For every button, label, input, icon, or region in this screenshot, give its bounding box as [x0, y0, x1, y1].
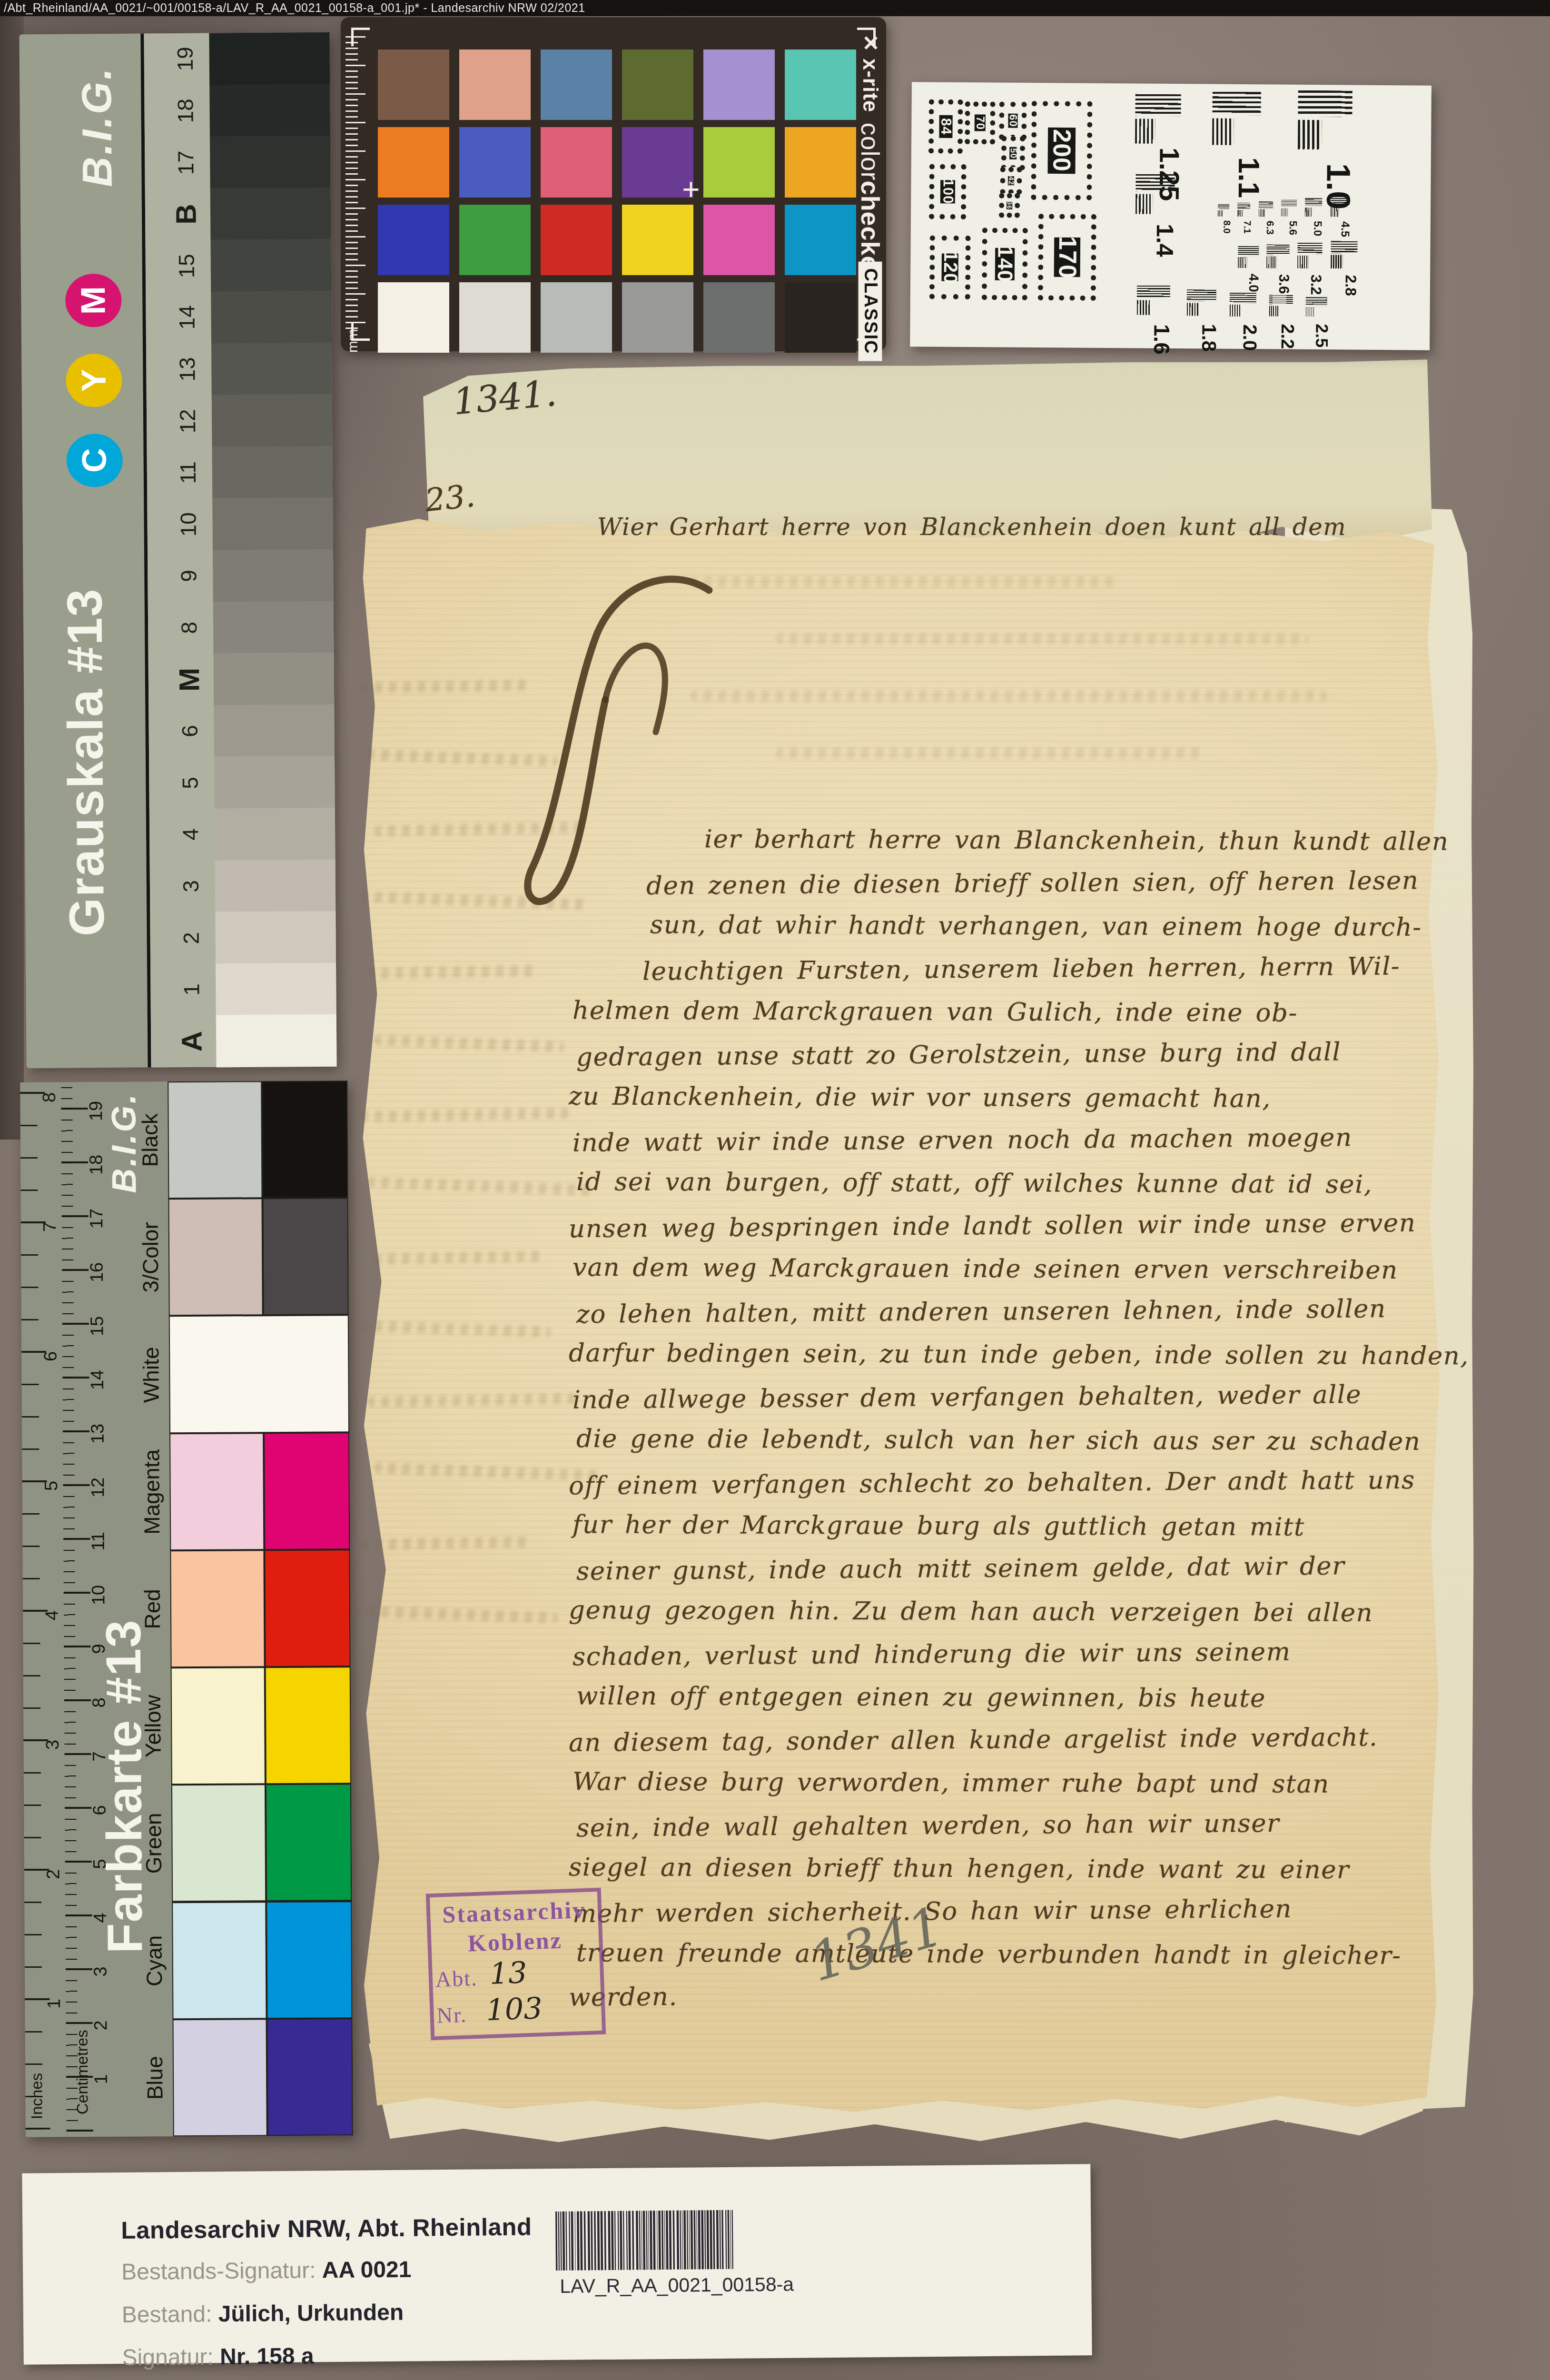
resolution-dot-target-140: 140: [982, 228, 1028, 300]
label-field-name: Bestand:: [122, 2301, 218, 2328]
barcode-bar: [661, 2211, 663, 2270]
barcode-bar: [601, 2211, 603, 2270]
resolution-dot-chip: 100: [940, 180, 955, 203]
resolution-bars-horizontal: [1137, 286, 1170, 299]
resolution-bar-label: 1.4: [1151, 224, 1178, 257]
resolution-bar-target-1.1: 1.1: [1212, 92, 1261, 146]
resolution-bars-vertical: [1259, 209, 1265, 217]
manuscript-corner-date: 1341.: [452, 372, 559, 423]
resolution-dot-target-50: 50: [1001, 136, 1026, 170]
resolution-dot-target-42: 42: [1000, 167, 1022, 194]
barcode-bar: [696, 2210, 697, 2269]
resolution-bar-target-2.8: 2.8: [1331, 241, 1357, 268]
colorchecker-patch: [459, 282, 531, 353]
resolution-bars-vertical: [1297, 256, 1308, 268]
colorchecker-patch: [785, 50, 856, 120]
barcode-bar: [677, 2211, 680, 2270]
resolution-dot-label: 50: [1008, 148, 1018, 159]
color-card-patch-full: [265, 1433, 349, 1549]
color-card-patch-full: [268, 2019, 352, 2135]
color-card-row-label: White: [138, 1347, 164, 1403]
barcode: [555, 2210, 757, 2271]
label-archive-title: Landesarchiv NRW, Abt. Rheinland: [121, 2212, 532, 2244]
resolution-bar-label: 1.1: [1231, 157, 1265, 198]
color-card-cm-number: 14: [88, 1370, 108, 1390]
resolution-dot-label: 70: [973, 116, 987, 130]
resolution-bars-horizontal: [1259, 201, 1273, 208]
barcode-bar: [611, 2211, 614, 2270]
resolution-bar-label: 2.5: [1312, 324, 1332, 347]
resolution-dot-label: 170: [1053, 236, 1082, 278]
resolution-bars-horizontal: [1269, 295, 1293, 304]
resolution-bar-label: 3.2: [1307, 275, 1324, 295]
resolution-bars-vertical: [1298, 120, 1322, 149]
resolution-bars-horizontal: [1331, 241, 1357, 253]
barcode-bar: [569, 2211, 570, 2271]
manuscript-text-line: ier berhart herre van Blanckenhein, thun…: [704, 824, 1449, 856]
color-card-patch-light: [170, 1434, 263, 1549]
color-card-row-magenta: [169, 1432, 350, 1550]
resolution-dot-target-200: 200: [1031, 101, 1092, 200]
resolution-dot-target-60: 60: [999, 101, 1027, 139]
resolution-bars-horizontal: [1305, 198, 1322, 206]
stamp-nr-label: Nr.: [436, 2002, 467, 2028]
resolution-dot-target-84: 84: [928, 99, 963, 153]
manuscript-text-line: genug gezogen hin. Zu dem han auch verze…: [569, 1596, 1373, 1627]
barcode-bar: [594, 2211, 596, 2270]
colorchecker-center-cross-icon: +: [682, 172, 700, 207]
grayscale-step-label: 2: [178, 932, 204, 944]
grayscale-step-label: 12: [175, 409, 200, 434]
grayscale-step-label: M: [173, 667, 206, 691]
grayscale-step-label: 18: [172, 99, 198, 123]
barcode-bar: [563, 2211, 565, 2271]
colorchecker-patch: [622, 282, 693, 353]
resolution-dot-chip: 120: [941, 254, 958, 281]
resolution-bars-horizontal: [1237, 203, 1250, 209]
resolution-bars-vertical: [1135, 119, 1155, 143]
resolution-bars-vertical: [1331, 255, 1343, 268]
barcode-bar: [664, 2211, 665, 2270]
color-card-row-3color: [168, 1198, 348, 1316]
grayscale-step-label: 14: [174, 305, 199, 330]
grayscale-step-label: 3: [178, 880, 204, 892]
color-card-row-green: [171, 1784, 352, 1902]
manuscript-text-line: leuchtigen Fursten, unserem lieben herre…: [642, 952, 1401, 986]
title-bar: /Abt_Rheinland/AA_0021/~001/00158-a/LAV_…: [0, 0, 1550, 16]
resolution-bar-target-5.6: 5.6: [1281, 200, 1297, 217]
color-card-row-label: Blue: [142, 2056, 168, 2100]
label-field-value: Nr. 158 a: [220, 2343, 314, 2370]
bleedthrough-stroke: [776, 633, 1309, 645]
barcode-bar: [648, 2211, 649, 2270]
color-card-inch-number: 6: [41, 1351, 61, 1361]
resolution-bars-vertical: [1230, 305, 1242, 317]
barcode-bar: [666, 2211, 669, 2270]
manuscript-text-line: gedragen unse statt zo Gerolstzein, unse…: [576, 1037, 1341, 1071]
grayscale-step-label: 5: [177, 777, 203, 789]
manuscript-text-line: unsen weg bespringen inde landt sollen w…: [569, 1209, 1416, 1243]
archive-stamp: Staatsarchiv Koblenz Abt. 13 Nr. 103: [426, 1888, 606, 2041]
colorchecker-patch: [378, 205, 449, 275]
barcode-bar: [721, 2210, 723, 2269]
barcode-bar: [682, 2211, 683, 2270]
resolution-bar-target-8.0: 8.0: [1218, 204, 1229, 217]
resolution-bar-label: 7.1: [1241, 220, 1252, 234]
color-card-patch-white-full: [170, 1316, 348, 1432]
barcode-bar: [641, 2211, 642, 2270]
colorchecker-patch: [541, 127, 612, 198]
resolution-bar-label: 4.0: [1246, 273, 1261, 292]
resolution-dot-chip: 70: [975, 114, 986, 131]
color-card-cm-label: Centimetres: [73, 2030, 92, 2114]
color-card-inch-number: 3: [43, 1740, 63, 1750]
barcode-bar: [728, 2210, 730, 2269]
color-card-patch-full: [263, 1199, 347, 1314]
colorchecker-patch: [541, 205, 612, 275]
barcode-bar: [632, 2211, 634, 2270]
resolution-bar-target-7.1: 7.1: [1237, 203, 1250, 217]
grayscale-circle-m-icon: M: [65, 274, 122, 327]
color-card-cm-number: 3: [90, 1966, 111, 1976]
barcode-bar: [710, 2210, 712, 2269]
barcode-bar: [704, 2210, 706, 2269]
manuscript-text-line: zo lehen halten, mitt anderen unseren le…: [576, 1294, 1386, 1329]
grayscale-circle-letter: Y: [74, 369, 113, 392]
colorchecker-patch: [541, 282, 612, 353]
resolution-dot-target-70: 70: [965, 101, 996, 144]
colorchecker-edition-badge: CLASSIC: [860, 262, 880, 361]
resolution-bars-vertical: [1137, 300, 1152, 315]
resolution-dot-chip: 60: [1008, 114, 1017, 128]
resolution-bars-vertical: [1212, 119, 1234, 145]
barcode-bar: [580, 2211, 583, 2271]
barcode-bar: [732, 2210, 733, 2269]
grayscale-step-label: 8: [176, 622, 202, 634]
resolution-bar-target-6.3: 6.3: [1259, 201, 1273, 217]
grayscale-title: Grauskala #13: [57, 588, 116, 936]
resolution-bars-horizontal: [1238, 246, 1259, 256]
barcode-bar: [694, 2210, 696, 2269]
grayscale-step-label: 10: [175, 512, 201, 537]
barcode-bar: [597, 2211, 600, 2270]
stamp-line-2: Koblenz: [431, 1925, 599, 1958]
colorchecker-corner-bracket: [351, 322, 370, 341]
colorchecker-card: mm ✕ x-rite colorchecker CLASSIC +: [341, 17, 886, 351]
colorchecker-patch: [378, 50, 449, 120]
color-card-inch-number: 5: [41, 1481, 62, 1491]
label-field-name: Signatur:: [122, 2344, 220, 2370]
label-field-value: AA 0021: [322, 2257, 411, 2283]
grayscale-step-patch: [210, 136, 331, 188]
color-card: 12345678 12345678910111213141516171819 I…: [20, 1081, 353, 2137]
label-field: Bestands-Signatur: AA 0021: [121, 2257, 412, 2285]
manuscript-text-line: darfur bedingen sein, zu tun inde geben,…: [569, 1339, 1469, 1371]
stamp-abt-value: 13: [489, 1955, 527, 1991]
grayscale-step-patch: [209, 32, 330, 85]
bleedthrough-stroke: [776, 747, 1204, 759]
barcode-bar: [707, 2210, 710, 2269]
color-card-inch-number: 4: [42, 1610, 63, 1620]
color-card-patch-light: [169, 1199, 262, 1315]
manuscript-flap-line: Wier Gerhart herre von Blanckenhein doen…: [597, 513, 1346, 541]
resolution-dot-target-170: 170: [1038, 214, 1096, 301]
resolution-bars-vertical: [1306, 307, 1315, 317]
barcode-bar: [628, 2211, 631, 2270]
resolution-dot-chip: 50: [1009, 147, 1017, 159]
resolution-bar-target-3.6: 3.6: [1266, 244, 1289, 268]
resolution-bars-vertical: [1135, 194, 1153, 214]
barcode-bar: [691, 2211, 693, 2270]
colorchecker-mm-ruler-major: [346, 36, 365, 331]
resolution-bars-vertical: [1237, 209, 1243, 217]
colorchecker-patch: [378, 282, 449, 353]
colorchecker-edition-text: CLASSIC: [859, 262, 882, 361]
colorchecker-patch: [703, 205, 775, 275]
resolution-bars-horizontal: [1281, 200, 1297, 208]
barcode-bar: [683, 2211, 686, 2270]
colorchecker-patch: [785, 282, 856, 353]
color-card-row-label: Black: [137, 1113, 163, 1167]
label-field: Signatur: Nr. 158 a: [122, 2343, 314, 2371]
grayscale-step-label: 13: [174, 357, 200, 382]
resolution-bars-horizontal: [1306, 297, 1327, 306]
resolution-bar-label: 5.0: [1311, 221, 1324, 236]
resolution-bars-horizontal: [1135, 94, 1181, 116]
barcode-bar: [698, 2210, 701, 2269]
barcode-bar: [689, 2211, 690, 2270]
color-card-cm-number: 13: [88, 1424, 108, 1444]
grayscale-step-label: 15: [174, 254, 199, 278]
color-card-patch-light: [171, 1551, 264, 1666]
barcode-bar: [584, 2211, 586, 2270]
grayscale-step-label: 1: [178, 983, 204, 996]
grayscale-step-label: A: [176, 1031, 208, 1052]
grayscale-step-patch: [211, 342, 332, 395]
grayscale-step-label: 6: [177, 725, 203, 737]
colorchecker-patch: [378, 127, 449, 198]
resolution-bars-vertical: [1218, 210, 1223, 217]
colorchecker-corner-bracket: [351, 28, 370, 46]
color-card-patch-light: [174, 2020, 267, 2135]
resolution-dot-label: 84: [938, 118, 954, 135]
color-card-cm-number: 19: [86, 1101, 107, 1121]
color-card-title: Farbkarte #13: [96, 1619, 154, 1954]
resolution-dot-label: 100: [939, 179, 956, 204]
identification-label: Landesarchiv NRW, Abt. Rheinland Bestand…: [22, 2164, 1092, 2365]
resolution-bars-vertical: [1187, 303, 1200, 316]
color-card-cm-number: 11: [89, 1532, 109, 1551]
barcode-bar: [639, 2211, 641, 2270]
bleedthrough-stroke: [690, 576, 1118, 587]
resolution-dot-target-100: 100: [929, 164, 967, 219]
resolution-dot-label: 200: [1047, 129, 1076, 172]
manuscript-text-line: seiner gunst, inde auch mitt seinem geld…: [576, 1551, 1345, 1586]
color-card-patch-full: [267, 1785, 351, 1901]
resolution-test-chart: 8470605042361002001201401701.251.11.01.4…: [910, 82, 1432, 350]
grayscale-step-label: 9: [176, 570, 201, 582]
color-card-inch-number: 8: [39, 1092, 60, 1102]
grayscale-step-patch: [215, 859, 336, 912]
barcode-bar: [725, 2210, 727, 2269]
resolution-dot-target-120: 120: [929, 235, 971, 299]
grayscale-circle-y-icon: Y: [66, 354, 122, 407]
grayscale-step-patch: [213, 601, 334, 654]
manuscript-text-line: sein, inde wall gehalten werden, so han …: [576, 1809, 1280, 1843]
resolution-bar-label: 6.3: [1264, 221, 1275, 235]
colorchecker-patch: [459, 127, 531, 198]
stamp-abt-label: Abt.: [435, 1965, 478, 1992]
barcode-bar: [653, 2211, 656, 2270]
color-card-inch-number: 2: [43, 1869, 64, 1879]
color-card-cm-number: 2: [91, 2020, 111, 2030]
barcode-bar: [658, 2211, 661, 2270]
grayscale-circle-c-icon: C: [66, 434, 123, 487]
color-card-cm-number: 1: [91, 2074, 112, 2084]
barcode-bar: [620, 2211, 622, 2270]
grayscale-step-patch: [210, 239, 331, 292]
grayscale-step-patch: [216, 962, 336, 1015]
manuscript-text-line: sun, dat whir handt verhangen, van einem…: [650, 910, 1422, 942]
resolution-bar-label: 2.8: [1342, 275, 1359, 296]
manuscript-text-line: treuen freunde amtleute inde verbunden h…: [576, 1938, 1402, 1970]
barcode-bar: [618, 2211, 619, 2270]
resolution-bars-horizontal: [1212, 92, 1261, 116]
manuscript-text-line: den zenen die diesen brieff sollen sien,…: [646, 866, 1419, 900]
color-card-row-label: 3/Color: [138, 1222, 164, 1293]
resolution-bar-label: 8.0: [1221, 220, 1232, 234]
manuscript-text-line: an diesem tag, sonder allen kunde argeli…: [569, 1723, 1378, 1757]
resolution-dot-chip: 42: [1008, 176, 1014, 185]
color-card-cm-number: 15: [87, 1316, 108, 1337]
colorchecker-patch: [785, 127, 856, 198]
manuscript-text-line: zu Blanckenhein, die wir vor unsers gema…: [569, 1081, 1271, 1113]
colorchecker-patch: [622, 205, 693, 275]
grayscale-step-patch: [211, 291, 332, 344]
color-card-row-red: [170, 1549, 350, 1667]
barcode-bar: [558, 2211, 560, 2271]
barcode-bar: [673, 2211, 675, 2270]
grayscale-step-patch: [213, 549, 334, 602]
resolution-bars-vertical: [1266, 256, 1276, 268]
colorchecker-patch: [703, 282, 775, 353]
resolution-dot-chip: 170: [1054, 238, 1081, 278]
title-bar-text: /Abt_Rheinland/AA_0021/~001/00158-a/LAV_…: [4, 1, 585, 15]
barcode-bar: [730, 2210, 731, 2269]
barcode-bar: [555, 2211, 557, 2271]
resolution-bar-target-4.0: 4.0: [1238, 246, 1259, 268]
colorchecker-patch: [459, 50, 531, 120]
resolution-bars-vertical: [1281, 208, 1288, 217]
manuscript-text-line: die gene die lebendt, sulch van her sich…: [576, 1424, 1421, 1456]
color-card-row-label: Green: [140, 1813, 167, 1874]
resolution-bar-label: 2.2: [1276, 324, 1297, 349]
colorchecker-patch: [703, 50, 775, 120]
barcode-bar: [571, 2211, 574, 2271]
colorchecker-patch: [785, 205, 856, 275]
barcode-bar: [591, 2211, 592, 2270]
resolution-bar-label: 3.6: [1275, 274, 1292, 294]
barcode-bar: [713, 2210, 715, 2269]
grayscale-step-patch: [215, 808, 336, 861]
barcode-bar: [657, 2211, 658, 2270]
manuscript-text-line: id sei van burgen, off statt, off wilche…: [576, 1167, 1372, 1199]
colorchecker-product-name: colorchecker: [855, 122, 885, 281]
color-card-patch-full: [267, 1902, 351, 2018]
barcode-bar: [604, 2211, 606, 2270]
barcode-bar: [626, 2211, 628, 2270]
resolution-bars-horizontal: [1331, 196, 1350, 205]
barcode-bar: [687, 2211, 688, 2270]
resolution-bar-target-1.4: 1.4: [1135, 174, 1175, 214]
resolution-bars-horizontal: [1266, 244, 1289, 255]
color-card-cm-number: 12: [88, 1478, 109, 1498]
color-card-row-blue: [173, 2018, 353, 2136]
grayscale-step-patch: [209, 84, 330, 137]
color-card-inch-number: 7: [40, 1222, 60, 1232]
color-card-patch-light: [168, 1082, 261, 1198]
resolution-bar-target-2.0: 2.0: [1230, 293, 1256, 317]
grayscale-step-label: B: [169, 204, 202, 225]
grayscale-step-patch: [212, 394, 333, 447]
barcode-bar: [560, 2211, 562, 2271]
colorchecker-patch: [622, 50, 693, 120]
grayscale-step-patch: [214, 704, 335, 757]
resolution-dot-label: 120: [939, 251, 960, 284]
manuscript-text-line: helmen dem Marckgrauen van Gulich, inde …: [573, 996, 1298, 1027]
resolution-bars-vertical: [1269, 306, 1280, 317]
resolution-dot-label: 60: [1007, 114, 1019, 127]
resolution-dot-chip: 200: [1047, 128, 1076, 174]
barcode-bar: [636, 2211, 639, 2270]
manuscript-text-line: inde watt wir inde unse erven noch da ma…: [573, 1123, 1353, 1157]
manuscript-text-line: off einem verfangen schlecht zo behalten…: [569, 1466, 1415, 1500]
resolution-bar-target-1.8: 1.8: [1187, 289, 1216, 316]
grayscale-circle-letter: M: [74, 286, 113, 315]
manuscript-text-line: willen off entgegen einen zu gewinnen, b…: [576, 1681, 1266, 1713]
label-field: Bestand: Jülich, Urkunden: [122, 2300, 404, 2328]
grayscale-step-patch: [212, 497, 333, 550]
resolution-bars-horizontal: [1298, 90, 1352, 117]
resolution-bars-vertical: [1238, 257, 1247, 268]
color-card-row-label: Cyan: [141, 1935, 168, 1986]
label-field-name: Bestands-Signatur:: [121, 2258, 322, 2285]
color-card-cm-number: 16: [87, 1262, 108, 1283]
resolution-dot-label: 140: [993, 246, 1017, 282]
resolution-dot-label: 36: [1006, 201, 1013, 209]
grayscale-step-patch: [214, 756, 335, 809]
barcode-bar: [608, 2211, 611, 2270]
grayscale-step-patch: [216, 1014, 337, 1067]
grayscale-step-label: 4: [178, 828, 203, 841]
resolution-dot-target-36: 36: [999, 193, 1020, 218]
color-card-row-label: Yellow: [140, 1695, 166, 1758]
grayscale-brand: B.I.G.: [72, 66, 122, 188]
color-card-patch-grid: [168, 1081, 353, 2136]
color-card-patch-full: [263, 1081, 347, 1197]
resolution-bars-horizontal: [1218, 204, 1229, 210]
resolution-bar-target-5.0: 5.0: [1305, 198, 1322, 217]
stamp-nr-value: 103: [485, 1991, 543, 2027]
grayscale-circle-letter: C: [75, 448, 114, 473]
resolution-bar-target-2.5: 2.5: [1306, 297, 1327, 317]
resolution-bars-vertical: [1331, 207, 1339, 217]
resolution-bar-label: 2.0: [1239, 324, 1260, 351]
color-card-patch-full: [266, 1667, 350, 1783]
resolution-bar-target-1.0: 1.0: [1298, 90, 1353, 150]
grayscale-step-label: 19: [172, 47, 198, 71]
color-card-row-black: [168, 1081, 348, 1199]
